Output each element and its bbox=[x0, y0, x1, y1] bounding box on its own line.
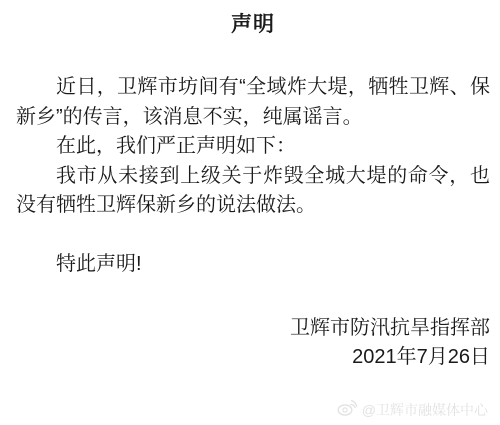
watermark-text: @卫辉市融媒体中心 bbox=[362, 400, 488, 420]
statement-title: 声明 bbox=[16, 0, 490, 36]
statement-paragraph-rumor: 近日，卫辉市坊间有“全域炸大堤，牺牲卫辉、保新乡”的传言，该消息不实，纯属谣言。 bbox=[16, 73, 490, 132]
signature-date: 2021年7月26日 bbox=[16, 343, 490, 373]
signature-block: 卫辉市防汛抗旱指挥部 2021年7月26日 bbox=[16, 314, 490, 373]
statement-document: 声明 近日，卫辉市坊间有“全域炸大堤，牺牲卫辉、保新乡”的传言，该消息不实，纯属… bbox=[0, 0, 500, 425]
weibo-icon bbox=[337, 399, 358, 421]
statement-paragraph-closing: 特此声明! bbox=[16, 250, 490, 280]
watermark: @卫辉市融媒体中心 bbox=[337, 400, 488, 420]
signature-issuer: 卫辉市防汛抗旱指挥部 bbox=[16, 314, 490, 344]
statement-paragraph-denial: 我市从未接到上级关于炸毁全城大堤的命令，也没有牺牲卫辉保新乡的说法做法。 bbox=[16, 162, 490, 221]
statement-paragraph-declare: 在此，我们严正声明如下： bbox=[16, 132, 490, 162]
